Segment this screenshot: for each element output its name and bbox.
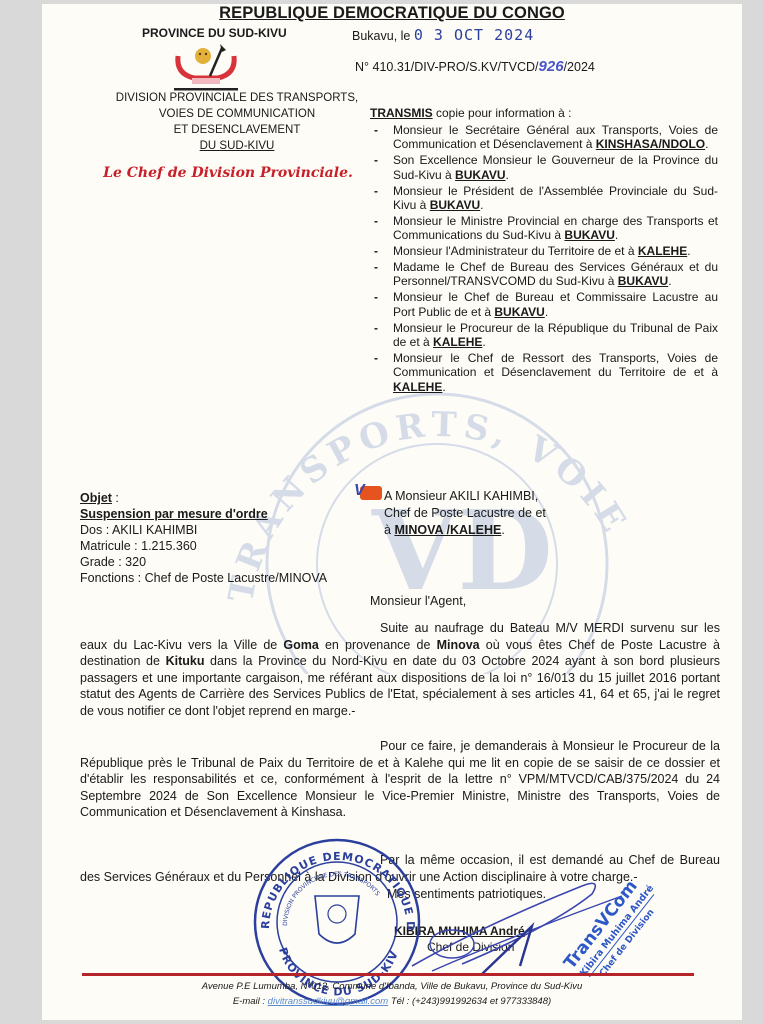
svg-text:Chef de Division: Chef de Division <box>598 908 657 977</box>
subject-block: Objet : Suspension par mesure d'ordre Do… <box>80 490 327 586</box>
letter-page: TRANSPORTS, VOIES DE COMMUNICATION VD RE… <box>42 4 742 1020</box>
country-heading: REPUBLIQUE DEMOCRATIQUE DU CONGO <box>42 4 742 23</box>
reference-handwritten: 926 <box>539 58 564 75</box>
subject-matricule: Matricule : 1.215.360 <box>80 538 327 554</box>
footer-rule <box>82 973 694 976</box>
sender-division: DIVISION PROVINCIALE DES TRANSPORTS, VOI… <box>102 90 372 154</box>
province-heading: PROVINCE DU SUD-KIVU <box>142 26 287 40</box>
transmis-suffix: copie pour information à : <box>433 106 572 120</box>
closing-salutation: Mes sentiments patriotiques. <box>387 887 546 901</box>
place-prefix: Bukavu, le <box>352 29 410 43</box>
list-item: Madame le Chef de Bureau des Services Gé… <box>368 260 718 289</box>
division-line: DU SUD-KIVU <box>102 138 372 154</box>
phone-numbers: Tél : (+243)991992634 et 977333848) <box>388 996 551 1007</box>
list-item: Monsieur le Procureur de la République d… <box>368 321 718 350</box>
list-item: Monsieur le Chef de Ressort des Transpor… <box>368 351 718 394</box>
transmis-label: TRANSMIS <box>370 106 433 120</box>
reference-prefix: N° 410.31/DIV-PRO/S.KV/TVCD/ <box>355 60 539 74</box>
email-link[interactable]: divitranssudkivu@gmail.com <box>268 996 389 1007</box>
reference-suffix: /2024 <box>564 60 595 74</box>
subject-fonctions: Fonctions : Chef de Poste Lacustre/MINOV… <box>80 570 327 586</box>
footer-address: Avenue P.E Lumumba, N°013, Commune d'Iba… <box>42 981 742 992</box>
list-item: Monsieur le Président de l'Assemblée Pro… <box>368 184 718 213</box>
paragraph-3: Par la même occasion, il est demandé au … <box>80 852 720 885</box>
date-stamp: 0 3 OCT 2024 <box>414 26 534 44</box>
letter-salutation: Monsieur l'Agent, <box>370 594 466 608</box>
division-line: ET DESENCLAVEMENT <box>102 122 372 138</box>
copy-recipients-list: Monsieur le Secrétaire Général aux Trans… <box>368 123 718 396</box>
list-item: Son Excellence Monsieur le Gouverneur de… <box>368 153 718 182</box>
addressee-line: Chef de Poste Lacustre de et <box>384 505 546 522</box>
subject-label: Objet <box>80 491 112 505</box>
paragraph-2: Pour ce faire, je demanderais à Monsieur… <box>80 738 720 821</box>
addressee-block: A Monsieur AKILI KAHIMBI, Chef de Poste … <box>384 488 546 539</box>
list-item: Monsieur le Secrétaire Général aux Trans… <box>368 123 718 152</box>
reference-number: N° 410.31/DIV-PRO/S.KV/TVCD/926/2024 <box>355 58 595 75</box>
svg-text:Kibira Muhima André: Kibira Muhima André <box>578 883 656 977</box>
signer-name: KIBIRA MUHIMA André <box>394 924 525 938</box>
subject-grade: Grade : 320 <box>80 554 327 570</box>
division-line: DIVISION PROVINCIALE DES TRANSPORTS, <box>102 90 372 106</box>
list-item: Monsieur le Chef de Bureau et Commissair… <box>368 290 718 319</box>
division-line: VOIES DE COMMUNICATION <box>102 106 372 122</box>
svg-text:TransVCom: TransVCom <box>560 877 642 974</box>
email-label: E-mail : <box>233 996 268 1007</box>
handwritten-v-mark: V <box>354 482 365 500</box>
subject-dos: Dos : AKILI KAHIMBI <box>80 522 327 538</box>
date-line: Bukavu, le 0 3 OCT 2024 <box>352 26 534 44</box>
signer-title: Chef de Division <box>427 940 514 954</box>
subject-title: Suspension par mesure d'ordre <box>80 506 327 522</box>
footer-contact: E-mail : divitranssudkivu@gmail.com Tél … <box>42 996 742 1007</box>
addressee-line: A Monsieur AKILI KAHIMBI, <box>384 488 546 505</box>
transvcom-stamp-icon: TransVCom Kibira Muhima André Chef de Di… <box>560 872 670 977</box>
drc-coat-of-arms-icon <box>170 42 242 92</box>
list-item: Monsieur le Ministre Provincial en charg… <box>368 214 718 243</box>
transmis-heading: TRANSMIS copie pour information à : <box>370 106 571 120</box>
list-item: Monsieur l'Administrateur du Territoire … <box>368 244 718 258</box>
paragraph-1: Suite au naufrage du Bateau M/V MERDI su… <box>80 620 720 720</box>
chef-script-stamp: Le Chef de Division Provinciale. <box>98 165 358 181</box>
addressee-line: à MINOVA /KALEHE. <box>384 522 546 539</box>
